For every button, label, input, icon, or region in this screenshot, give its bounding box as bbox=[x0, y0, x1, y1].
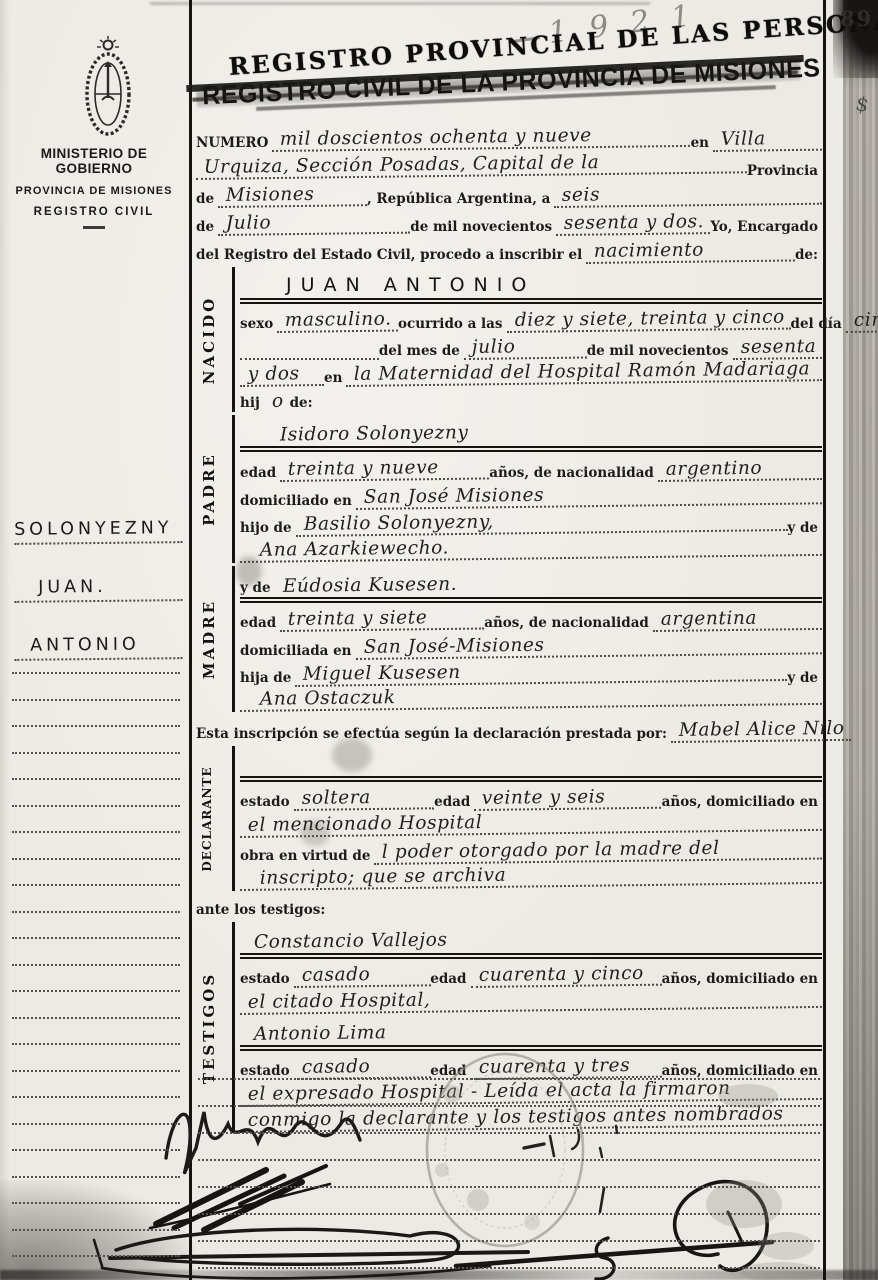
ruled-line bbox=[12, 752, 180, 754]
ruled-line bbox=[12, 1123, 180, 1125]
section-label-declarante: DECLARANTE bbox=[200, 766, 214, 871]
handwritten-entry: Misiones bbox=[218, 186, 367, 208]
section-nacido: NACIDOJUAN ANTONIOsexomasculino.ocurrido… bbox=[196, 267, 822, 412]
printed-text: años, de nacionalidad bbox=[489, 466, 658, 482]
handwritten-entry: la Maternidad del Hospital Ramón Madaria… bbox=[346, 361, 822, 387]
handwritten-entry: diez y siete, treinta y cinco bbox=[506, 309, 790, 333]
form-row: deMisiones, República Argentina, aseis bbox=[196, 180, 822, 208]
handwritten-entry: Miguel Kusesen bbox=[295, 660, 787, 687]
handwritten-entry: Isidoro Solonyezny bbox=[240, 420, 822, 446]
handwritten-entry: Ana Azarkiewecho. bbox=[240, 535, 822, 563]
printed-text: años, de nacionalidad bbox=[484, 616, 653, 632]
handwritten-entry: el citado Hospital, bbox=[240, 987, 822, 1015]
printed-text: sexo bbox=[240, 317, 277, 333]
handwritten-entry: mil doscientos ochenta y nueve bbox=[272, 126, 690, 152]
ruled-line bbox=[198, 1159, 820, 1161]
form-row: y deEúdosia Kusesen. bbox=[240, 566, 822, 603]
printed-text: ante los testigos: bbox=[196, 903, 329, 919]
ruled-line bbox=[198, 1105, 820, 1107]
printed-text: del mes de bbox=[379, 344, 464, 360]
form-row: edadtreinta y nueveaños, de nacionalidad… bbox=[240, 452, 822, 482]
ruled-line bbox=[12, 1070, 180, 1072]
ruled-line bbox=[12, 884, 180, 886]
printed-text: edad bbox=[240, 466, 280, 482]
ruled-line bbox=[12, 1202, 180, 1204]
handwritten-entry: sesenta bbox=[732, 338, 822, 360]
section-padre: PADREIsidoro Solonyeznyedadtreinta y nue… bbox=[196, 415, 822, 563]
margin-middle-name: ANTONIO bbox=[14, 601, 183, 661]
handwritten-entry: o bbox=[264, 393, 290, 412]
handwritten-entry: Constancio Vallejos bbox=[240, 927, 822, 953]
ruled-line bbox=[12, 672, 180, 674]
form-row: estadocasadoedadcuarenta y cincoaños, do… bbox=[240, 959, 822, 988]
form-row: NUMEROmil doscientos ochenta y nueveenVi… bbox=[196, 123, 822, 152]
printed-text: estado bbox=[240, 972, 294, 988]
section-opening: NUMEROmil doscientos ochenta y nueveenVi… bbox=[196, 123, 822, 264]
oval-stamp-icon bbox=[427, 1054, 583, 1246]
handwritten-entry: treinta y siete bbox=[280, 609, 484, 632]
section-declarante: DECLARANTEestadosolteraedadveinte y seis… bbox=[196, 746, 822, 891]
printed-text: Esta inscripción se efectúa según la dec… bbox=[196, 727, 671, 743]
form-row: ante los testigos: bbox=[196, 894, 822, 919]
handwritten-entry: Villa bbox=[713, 130, 822, 152]
printed-text: hijo de bbox=[240, 521, 296, 537]
handwritten-entry: argentino bbox=[658, 459, 822, 482]
printed-text: de: bbox=[290, 396, 317, 412]
handwritten-entry: el mencionado Hospital bbox=[240, 810, 822, 838]
ruled-line bbox=[12, 1017, 180, 1019]
ruled-line bbox=[12, 964, 180, 966]
ruled-line bbox=[12, 805, 180, 807]
printed-text: de mil novecientos bbox=[410, 220, 556, 236]
ruled-line bbox=[198, 1132, 820, 1134]
section-label-nacido: NACIDO bbox=[200, 295, 218, 383]
form-row: del mes dejuliode mil novecientossesenta bbox=[240, 333, 822, 360]
form-row: el citado Hospital, bbox=[240, 988, 822, 1015]
scan-artifact bbox=[150, 2, 650, 5]
ruled-line bbox=[198, 1078, 820, 1080]
handwritten-entry: argentina bbox=[653, 609, 822, 632]
handwritten-entry: veinte y seis bbox=[474, 788, 662, 811]
printed-text: y de bbox=[240, 581, 275, 597]
margin-given-name: JUAN. bbox=[14, 543, 183, 603]
handwritten-entry: casado bbox=[293, 966, 430, 988]
argentina-coat-of-arms-icon bbox=[80, 36, 136, 140]
form-row: Urquiza, Sección Posadas, Capital de laP… bbox=[196, 152, 822, 180]
printed-text: NUMERO bbox=[196, 136, 272, 152]
handwritten-entry: San José-Misiones bbox=[355, 634, 822, 660]
form-row: Ana Azarkiewecho. bbox=[240, 537, 822, 563]
ruled-line bbox=[12, 1149, 180, 1151]
printed-text: edad bbox=[430, 972, 470, 988]
document-header: 1921 REGISTRO CIVIL DE LA PROVINCIA DE M… bbox=[196, 12, 822, 118]
signature bbox=[166, 1112, 360, 1173]
form-row: Ana Ostaczuk bbox=[240, 687, 822, 712]
form-row: Antonio Lima bbox=[240, 1015, 822, 1051]
form-row: del Registro del Estado Civil, procedo a… bbox=[196, 236, 822, 264]
printed-text: Provincia bbox=[747, 164, 822, 180]
printed-text: del día bbox=[791, 317, 846, 333]
ruled-line bbox=[12, 1043, 180, 1045]
office-title: REGISTRO CIVIL bbox=[4, 206, 184, 218]
handwritten-entry: sesenta y dos. bbox=[556, 214, 710, 236]
printed-text: obra en virtud de bbox=[240, 849, 374, 865]
page-edge-strip bbox=[843, 0, 878, 1280]
province-title: PROVINCIA DE MISIONES bbox=[4, 185, 184, 197]
margin-surname: SOLONYEZNY bbox=[14, 485, 183, 545]
printed-text: de bbox=[196, 220, 218, 236]
printed-text: de bbox=[196, 192, 218, 208]
ruled-line bbox=[12, 778, 180, 780]
handwritten-entry: cuarenta y cinco bbox=[470, 965, 661, 988]
section-label-padre: PADRE bbox=[200, 452, 218, 526]
handwritten-entry: julio bbox=[464, 338, 587, 360]
divider bbox=[83, 226, 105, 229]
form-row: y dosenla Maternidad del Hospital Ramón … bbox=[240, 360, 822, 387]
printed-text: domiciliado en bbox=[240, 494, 356, 510]
printed-text: edad bbox=[434, 795, 474, 811]
section-label-madre: MADRE bbox=[200, 599, 218, 679]
form-row: edadtreinta y sieteaños, de nacionalidad… bbox=[240, 603, 822, 632]
signatures-and-stamp bbox=[80, 1052, 840, 1280]
handwritten-entry: San José Misiones bbox=[356, 484, 822, 510]
printed-text: en bbox=[324, 371, 346, 387]
ruled-line bbox=[12, 725, 180, 727]
ruled-line bbox=[12, 1255, 180, 1257]
printed-text: Yo, Encargado bbox=[710, 220, 822, 236]
form-row: domiciliado enSan José Misiones bbox=[240, 482, 822, 510]
form-row bbox=[240, 746, 822, 782]
handwritten-entry: Urquiza, Sección Posadas, Capital de la bbox=[196, 153, 747, 180]
ruled-line bbox=[198, 1267, 820, 1269]
ruled-line bbox=[12, 1229, 180, 1231]
signature bbox=[94, 1229, 528, 1278]
printed-text: del Registro del Estado Civil, procedo a… bbox=[196, 248, 586, 264]
section-antetestigos: ante los testigos: bbox=[196, 894, 822, 919]
printed-text: domiciliada en bbox=[240, 644, 356, 660]
handwritten-entry: y dos bbox=[240, 365, 324, 387]
printed-text: de mil novecientos bbox=[587, 344, 733, 360]
section-madre: MADREy deEúdosia Kusesen.edadtreinta y s… bbox=[196, 566, 822, 712]
handwritten-entry: l poder otorgado por la madre del bbox=[374, 839, 822, 865]
handwritten-entry: Antonio Lima bbox=[240, 1019, 822, 1045]
ruled-line bbox=[198, 1213, 820, 1215]
printed-text: años, domiciliado en bbox=[662, 795, 822, 811]
handwritten-entry: masculino. bbox=[277, 311, 398, 333]
form-body: NUMEROmil doscientos ochenta y nueveenVi… bbox=[196, 120, 822, 1133]
page-number: 89 bbox=[840, 6, 873, 31]
form-row: el mencionado Hospital bbox=[240, 811, 822, 838]
ruled-line bbox=[12, 1096, 180, 1098]
ruled-line bbox=[198, 1240, 820, 1242]
form-row: Constancio Vallejos bbox=[240, 922, 822, 959]
printed-text: hija de bbox=[240, 671, 295, 687]
ruled-line bbox=[198, 1186, 820, 1188]
ministry-title: MINISTERIO DE GOBIERNO bbox=[4, 146, 184, 176]
ruled-line bbox=[12, 911, 180, 913]
handwritten-entry: Ana Ostaczuk bbox=[240, 684, 822, 712]
ruled-line bbox=[12, 937, 180, 939]
printed-text: de: bbox=[795, 248, 822, 264]
form-row: Esta inscripción se efectúa según la dec… bbox=[196, 715, 822, 743]
form-row: domiciliada enSan José-Misiones bbox=[240, 632, 822, 660]
handwritten-entry: soltera bbox=[293, 789, 434, 811]
printed-text: edad bbox=[240, 616, 280, 632]
form-row: JUAN ANTONIO bbox=[240, 267, 822, 304]
form-row: deJuliode mil novecientossesenta y dos.Y… bbox=[196, 208, 822, 236]
printed-text: en bbox=[691, 136, 713, 152]
printed-text: ocurrido a las bbox=[398, 317, 506, 333]
form-row: obra en virtud del poder otorgado por la… bbox=[240, 838, 822, 865]
printed-text: años, domiciliado en bbox=[662, 972, 822, 988]
form-row: sexomasculino.ocurrido a lasdiez y siete… bbox=[240, 304, 822, 333]
ruled-line bbox=[12, 858, 180, 860]
section-declline: Esta inscripción se efectúa según la dec… bbox=[196, 715, 822, 743]
handwritten-entry: treinta y nueve bbox=[280, 459, 489, 482]
printed-text: estado bbox=[240, 795, 294, 811]
printed-text: hij bbox=[240, 396, 264, 412]
scanned-birth-certificate: MINISTERIO DE GOBIERNO PROVINCIA DE MISI… bbox=[0, 0, 878, 1280]
handwritten-entry: Julio bbox=[218, 213, 410, 236]
form-row: hijode: bbox=[240, 387, 822, 412]
ink-marks bbox=[524, 1126, 617, 1212]
handwritten-entry: JUAN ANTONIO bbox=[240, 276, 822, 298]
handwritten-entry: inscripto; que se archiva bbox=[240, 863, 822, 891]
ruled-line bbox=[12, 990, 180, 992]
form-row: Isidoro Solonyezny bbox=[240, 415, 822, 452]
handwritten-entry: Mabel Alice Nilo bbox=[671, 720, 851, 743]
handwritten-entry: nacimiento bbox=[586, 241, 795, 264]
handwritten-entry: cinco bbox=[845, 312, 878, 333]
ruled-line bbox=[12, 699, 180, 701]
handwritten-entry: Basilio Solonyezny, bbox=[295, 510, 787, 537]
form-row: estadosolteraedadveinte y seisaños, domi… bbox=[240, 782, 822, 811]
form-row: inscripto; que se archiva bbox=[240, 865, 822, 891]
form-row: hija deMiguel Kuseseny de bbox=[240, 660, 822, 687]
ruled-line bbox=[12, 1176, 180, 1178]
handwritten-entry: seis bbox=[554, 184, 822, 208]
form-row: hijo deBasilio Solonyezny,y de bbox=[240, 510, 822, 537]
printed-text: , República Argentina, a bbox=[367, 192, 554, 208]
margin-name-annotation: SOLONYEZNY JUAN. ANTONIO bbox=[14, 486, 182, 660]
ruled-line bbox=[12, 831, 180, 833]
handwritten-entry: Eúdosia Kusesen. bbox=[274, 572, 822, 597]
